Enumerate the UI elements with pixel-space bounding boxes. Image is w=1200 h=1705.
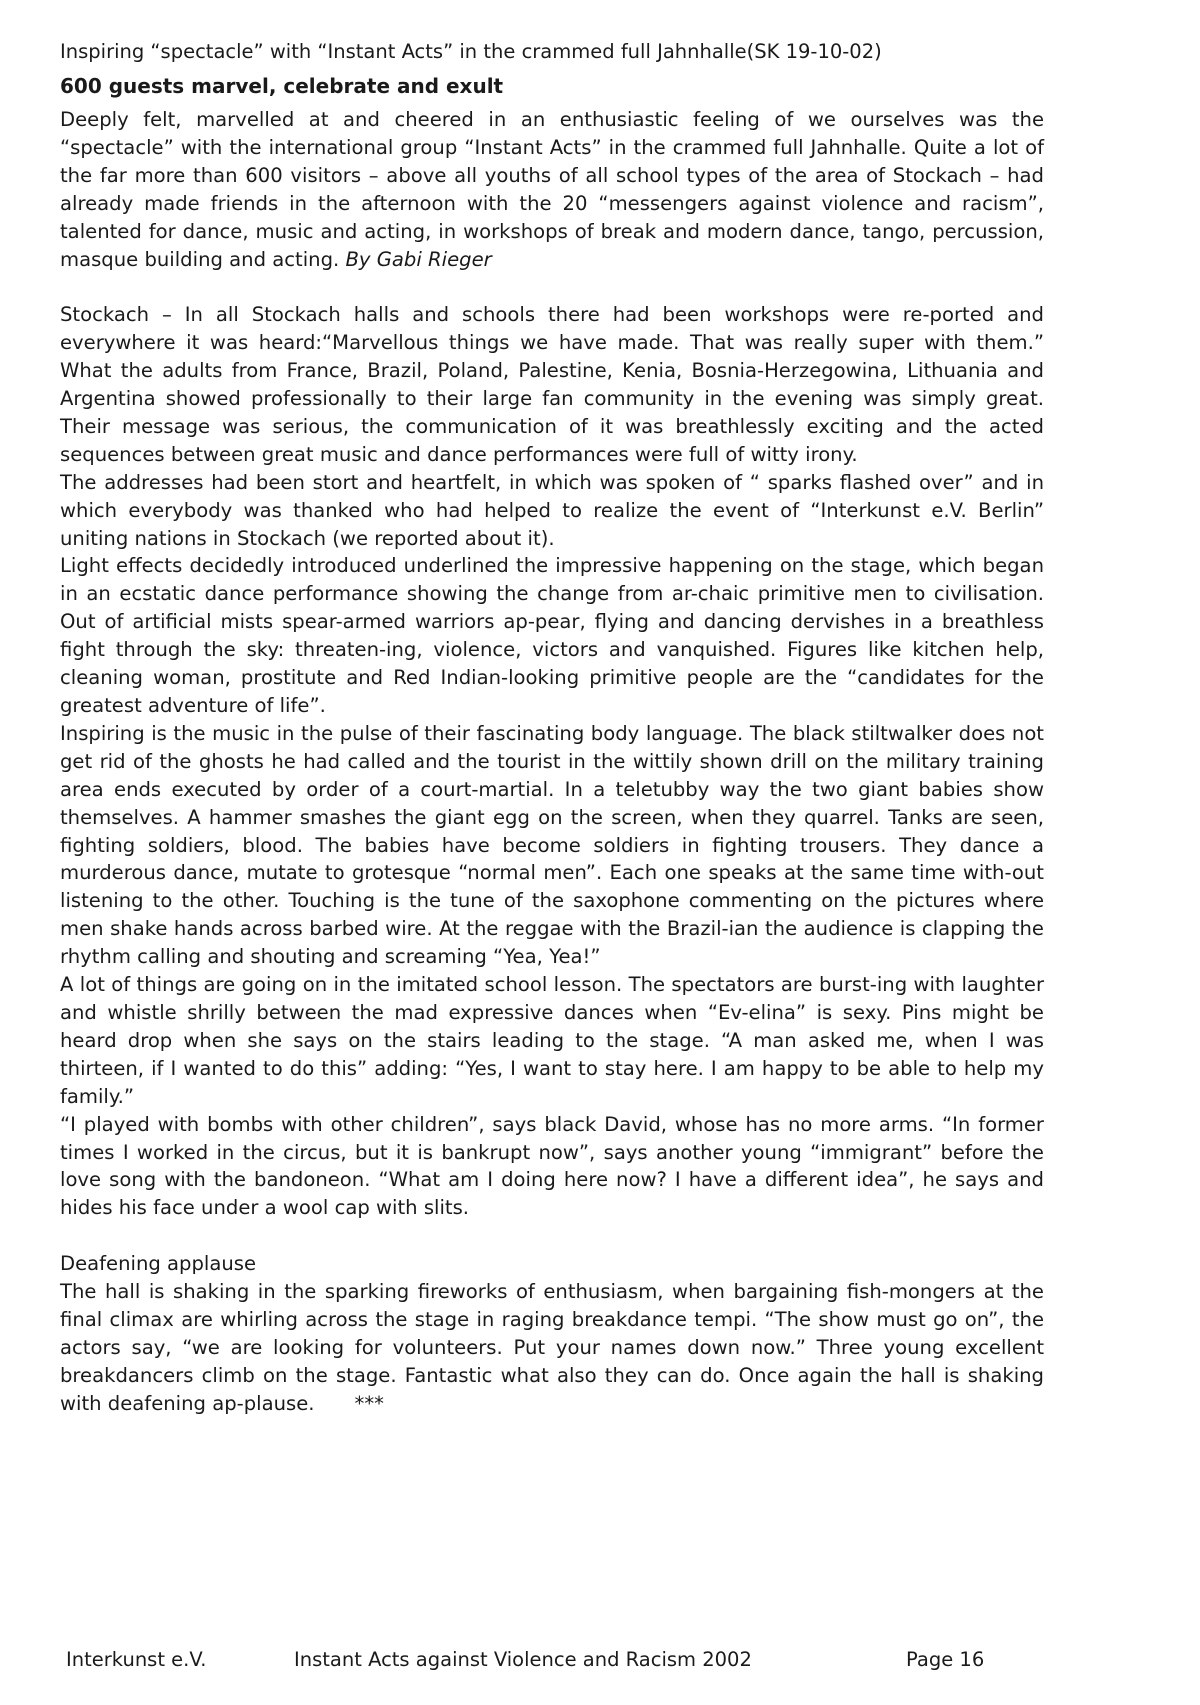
- body-paragraph: The addresses had been stort and heartfe…: [60, 469, 1044, 553]
- page-footer: Interkunst e.V. Instant Acts against Vio…: [66, 1646, 1026, 1674]
- footer-title: Instant Acts against Violence and Racism…: [294, 1646, 906, 1674]
- document-page: Inspiring “spectacle” with “Instant Acts…: [60, 38, 1044, 1418]
- source-line: Inspiring “spectacle” with “Instant Acts…: [60, 38, 1044, 66]
- footer-organization: Interkunst e.V.: [66, 1646, 294, 1674]
- byline: By Gabi Rieger: [345, 248, 491, 271]
- paragraph-gap: [60, 273, 1044, 301]
- lead-paragraph: Deeply felt, marvelled at and cheered in…: [60, 106, 1044, 273]
- body-paragraph: Stockach – In all Stockach halls and sch…: [60, 301, 1044, 468]
- page-number: Page 16: [906, 1646, 1026, 1674]
- lead-text: Deeply felt, marvelled at and cheered in…: [60, 108, 1044, 271]
- paragraph-gap: [60, 1222, 1044, 1250]
- body-paragraph: “I played with bombs with other children…: [60, 1111, 1044, 1223]
- end-mark: ***: [355, 1392, 384, 1415]
- body-paragraph: A lot of things are going on in the imit…: [60, 971, 1044, 1111]
- section-heading: Deafening applause: [60, 1250, 1044, 1278]
- body-paragraph: Light effects decidedly introduced under…: [60, 552, 1044, 719]
- final-text: The hall is shaking in the sparking fire…: [60, 1280, 1044, 1415]
- final-paragraph: The hall is shaking in the sparking fire…: [60, 1278, 1044, 1418]
- body-paragraph: Inspiring is the music in the pulse of t…: [60, 720, 1044, 971]
- headline: 600 guests marvel, celebrate and exult: [60, 72, 1044, 100]
